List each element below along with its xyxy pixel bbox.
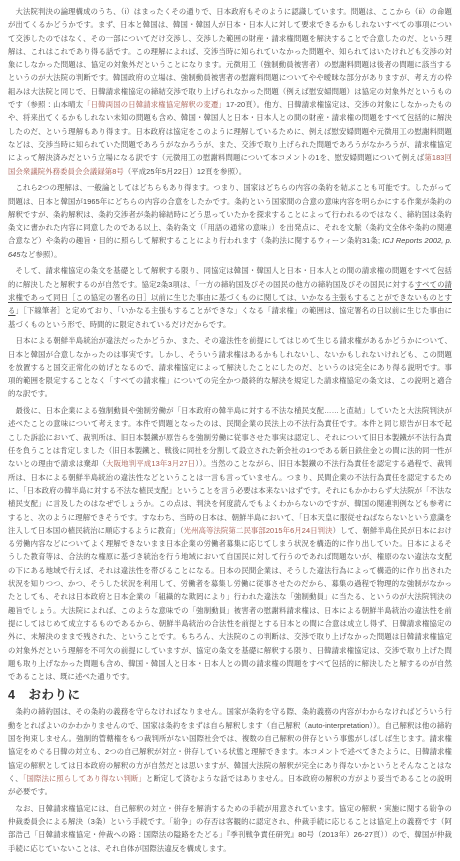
article-body: 大法院判決の論理構成のうち、（i）はまったくその通りで、日本政府もそのように認識… [0, 0, 460, 861]
inline-link[interactable]: 大阪地判平成13年3月27日 [106, 459, 195, 468]
paragraph: 最後に、日本企業による強制動員や強制労働が「日本政府の韓半島に対する不法な植民支… [8, 404, 452, 683]
paragraph: 条約の締約国は、その条約の義務を守らなければなりません。国家が条約を守る際、条約… [8, 705, 452, 798]
text-run: 日本による朝鮮半島統治が違法だったかどうか、また、その違法性を前提にしてはじめて… [8, 336, 452, 398]
paragraph: 日本による朝鮮半島統治が違法だったかどうか、また、その違法性を前提にしてはじめて… [8, 334, 452, 400]
paragraph: これら2つの理解は、一般論としてはどちらもあり得ます。つまり、国家はどちらの内容… [8, 181, 452, 261]
paragraph: 大法院判決の論理構成のうち、（i）はまったくその通りで、日本政府もそのように認識… [8, 5, 452, 178]
text-run: 17-20頁）。他方、日韓請求権協定は、交渉の対象にしなかったものや、将来出てく… [8, 100, 452, 162]
text-run: など参照）。 [21, 250, 62, 259]
page: { "styles": { "background": "#ffffff", "… [0, 0, 460, 861]
text-run: そして、請求権協定の条文を基礎として解釈する限り、同協定は韓国・韓国人と日本・日… [8, 266, 452, 288]
paragraph: そして、請求権協定の条文を基礎として解釈する限り、同協定は韓国・韓国人と日本・日… [8, 264, 452, 330]
inline-link[interactable]: 「日韓両国の日韓請求権協定解釈の変遷」 [83, 100, 226, 109]
paragraph: なお、日韓請求権協定には、自己解釈の対立・併存を解消するための手続が用意されてい… [8, 802, 452, 855]
text-run: なお、日韓請求権協定には、自己解釈の対立・併存を解消するための手続が用意されてい… [8, 804, 452, 853]
inline-link[interactable]: 「国際法に照らしてあり得ない判断」 [23, 774, 146, 783]
text-run: 大法院判決の論理構成のうち、（i）はまったくその通りで、日本政府もそのように認識… [8, 7, 452, 109]
section-heading: 4 おわりに [8, 687, 452, 703]
text-run: （平成25年5月22日）12頁を参照）。 [124, 167, 246, 176]
text-run: ）して、朝鮮半島住民が日本における労働内容などについてよく理解できないまま日本企… [8, 526, 452, 681]
inline-link[interactable]: 光州高等法院第二民事部2015年6月24日判決 [184, 526, 333, 535]
text-run: 」［下線筆者］と定めており、「いかなる主張もすることができな」くなる「請求権」の… [8, 306, 452, 328]
text-run: 条約の締約国は、その条約の義務を守らなければなりません。国家が条約を守る際、条約… [8, 707, 452, 782]
text-run: ））。当然のことながら、旧日本製鐵の不法行為責任を認定する過程で、裁判所は、日本… [8, 459, 452, 534]
